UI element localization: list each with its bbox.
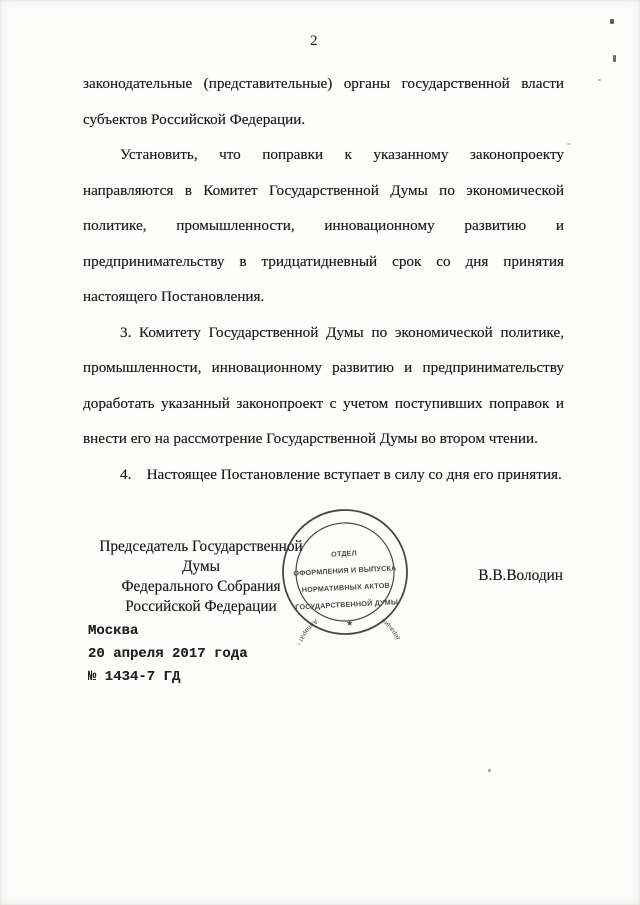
scan-artifact [598, 79, 601, 81]
footer-number: № 1434-7 ГД [88, 666, 248, 689]
body-line: настоящего Постановления. [83, 279, 564, 315]
body-line: законодательные (представительные) орган… [83, 66, 564, 102]
document-body: законодательные (представительные) орган… [83, 66, 564, 492]
stamp-center-text: ОФОРМЛЕНИЯ И ВЫПУСКА [293, 563, 396, 577]
body-line: 3. Комитету Государственной Думы по экон… [83, 315, 564, 351]
scan-artifact [567, 143, 571, 145]
body-line: субъектов Российской Федерации. [83, 102, 564, 138]
official-stamp: Аппарат Государственной Думы Федеральног… [271, 498, 418, 645]
signature-name: В.В.Володин [453, 567, 563, 585]
body-line: внести его на рассмотрение Государственн… [83, 421, 564, 457]
body-line: направляются в Комитет Государственной Д… [83, 173, 564, 209]
body-line: Установить, что поправки к указанному за… [83, 137, 564, 173]
stamp-center-text: ОТДЕЛ [331, 548, 357, 558]
scan-artifact [488, 769, 491, 772]
stamp-center-text: НОРМАТИВНЫХ АКТОВ [302, 581, 391, 595]
scan-artifact [613, 55, 616, 62]
scan-artifact [610, 19, 614, 24]
stamp-ring-text: Аппарат Государственной Думы Федеральног… [290, 613, 410, 646]
document-page: 2 законодательные (представительные) орг… [0, 0, 640, 905]
body-line: промышленности, инновационному развитию … [83, 350, 564, 386]
body-line: предпринимательству в тридцатидневный ср… [83, 244, 564, 280]
body-line: политике, промышленности, инновационному… [83, 208, 564, 244]
document-footer: Москва 20 апреля 2017 года № 1434-7 ГД [88, 620, 248, 690]
body-line: доработать указанный законопроект с учет… [83, 386, 564, 422]
footer-city: Москва [88, 620, 248, 643]
page-number: 2 [0, 33, 628, 50]
stamp-center-text: ГОСУДАРСТВЕННОЙ ДУМЫ [295, 597, 398, 611]
footer-date: 20 апреля 2017 года [88, 643, 248, 666]
stamp-star-icon: ★ [346, 619, 354, 628]
body-line: 4. Настоящее Постановление вступает в си… [83, 457, 564, 493]
